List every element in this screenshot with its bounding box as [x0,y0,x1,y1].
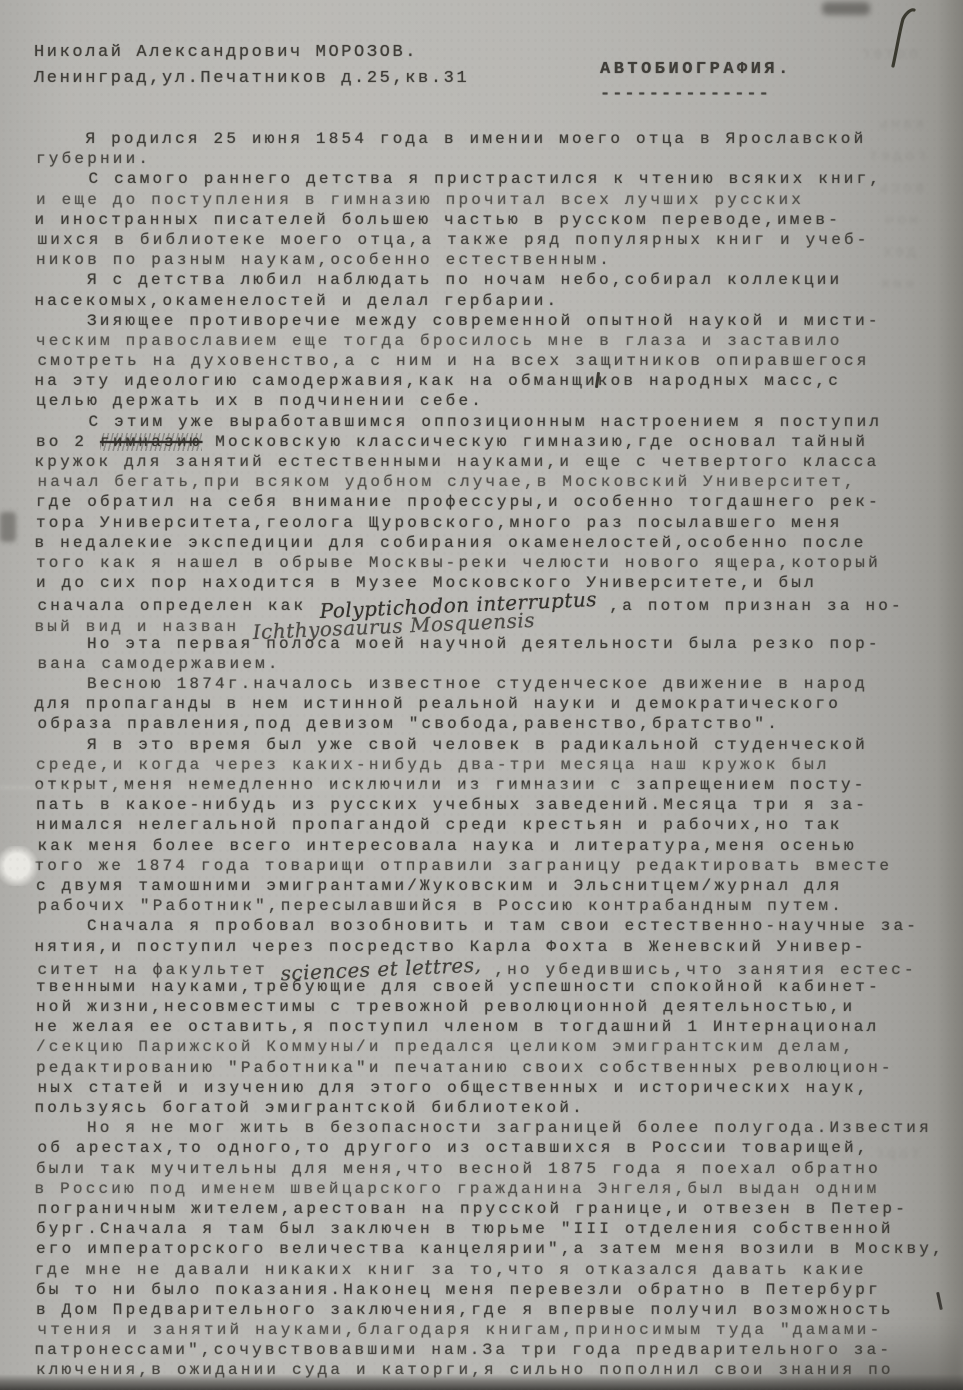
typed-text: в Россию под именем швейцарского граждан… [35,1180,880,1198]
typed-text: где мне не давали никаких книг за то,что… [35,1261,867,1279]
typed-text: того же 1874 года товарищи отправили заг… [35,857,893,875]
typed-text: были так мучительны для меня,что весной … [36,1160,881,1178]
ghost-text-fragment: дех [880,244,916,261]
author-address: Ленинград,ул.Печатников д.25,кв.31 [34,66,469,92]
body-line: вый вид и назван Ichthyosaurus Mosquensi… [35,614,955,634]
typed-text: в недалекие экспедиции для собирания ока… [35,534,867,552]
body-line: насекомых,окаменелостей и делал гербарии… [35,291,955,311]
typed-text: не желая ее оставить,я поступил членом в… [35,1018,880,1036]
body-line: пользуясь богатой эмигрантской библиотек… [35,1098,955,1118]
typed-text: где обратил на себя внимание профессуры,… [36,493,881,511]
typed-text: Я с детства любил наблюдать по ночам неб… [87,271,842,289]
typed-text: Я в это время был уже свой человек в рад… [87,736,868,754]
title-underline: -------------- [600,85,792,104]
body-line: как меня более всего интересовала наука … [38,836,958,856]
typed-text: ситет на факультет [38,961,281,979]
body-line: нимался нелегальной пропагандой среди кр… [36,815,956,835]
body-line: С этим уже выработавшимся оппозиционным … [38,412,958,432]
body-line: Я в это время был уже свой человек в рад… [36,735,956,755]
body-line: того как я нашел в обрыве Москвы-реки че… [36,553,956,573]
body-line: пограничным жителем,арестован на прусско… [38,1199,958,1219]
typed-text: шихся в библиотеке моего отца,а также ря… [38,231,870,249]
body-line: об арестах,то одного,то другого из остав… [38,1138,958,1158]
body-line: для пропаганды в нем истинной реальной н… [35,694,955,714]
typed-text: ,но убедившись,что занятия естес- [482,961,917,979]
body-line: и до сих пор находится в Музее Московско… [36,573,956,593]
typed-text: как меня более всего интересовала наука … [38,837,857,855]
body-line: рабочих "Работник",пересылавшийся в Росс… [38,896,958,916]
typed-text: ной жизни,несовместимы с тревожной револ… [36,998,855,1016]
typed-text: губернии. [36,150,151,168]
body-line: среде,и когда через каких-нибудь два-три… [36,755,956,775]
typed-text: и до сих пор находится в Музее Московско… [36,574,817,592]
body-line: ных статей и изучению для этого обществе… [38,1078,958,1098]
body-line: и еще до поступления в гимназию прочитал… [36,190,956,210]
typed-text: об арестах,то одного,то другого из остав… [38,1139,870,1157]
ink-smudge [0,512,16,542]
body-line: С самого раннего детства я пристрастился… [38,169,958,189]
body-line: во 2 гимназию Московскую классическую ги… [36,432,956,452]
document-header: Николай Александрович МОРОЗОВ. Ленинград… [34,40,469,92]
typed-text: бы то ни было показания.Наконец меня пер… [36,1281,881,1299]
body-line: /секцию Парижской Коммуны/и предался цел… [36,1037,956,1057]
paper-crease [0,786,640,789]
page-edge-shadow [937,0,963,1390]
body-line: в Россию под именем швейцарского граждан… [35,1179,955,1199]
typed-text: среде,и когда через каких-нибудь два-три… [36,756,830,774]
body-line: шихся в библиотеке моего отца,а также ря… [38,230,958,250]
typed-text: Сначала я пробовал возобновить и там сво… [87,917,919,935]
typed-text: начал бегать,при всяком удобном случае,в… [38,473,857,491]
body-line: где обратил на себя внимание профессуры,… [36,492,956,512]
body-line: ческим православием еще тогда бросилось … [36,331,956,351]
body-line: пать в какое-нибудь из русских учебных з… [36,795,956,815]
typed-text: ческим православием еще тогда бросилось … [36,332,843,350]
body-line: Но эта первая полоса моей научной деятел… [36,634,956,654]
body-line: на эту идеологию самодержавия,как на обм… [35,371,955,391]
typed-text: целью держать их в подчинении себе. [36,392,484,410]
body-line: кружок для занятий естественными науками… [35,452,955,472]
body-line: Весною 1874г.началось известное студенче… [36,674,956,694]
typed-text: Я родился 25 июня 1854 года в имении мое… [86,130,867,148]
body-line: Я родился 25 июня 1854 года в имении мое… [35,129,955,149]
body-line: были так мучительны для меня,что весной … [36,1159,956,1179]
typed-text: и иностранных писателей большею частью в… [35,211,842,229]
typed-text: С самого раннего детства я пристрастился… [89,170,883,188]
typed-text: пать в какое-нибудь из русских учебных з… [36,796,868,814]
typed-text: Весною 1874г.началось известное студенче… [87,675,868,693]
typed-text: вый вид и назван [35,618,253,636]
body-line: с двумя тамошними эмигрантами/Жуковским … [36,876,956,896]
typed-text: того как я нашел в обрыве Москвы-реки че… [36,554,881,572]
typed-text: /секцию Парижской Коммуны/и предался цел… [36,1038,855,1056]
typed-text: с двумя тамошними эмигрантами/Жуковским … [36,877,843,895]
typed-text: для пропаганды в нем истинной реальной н… [35,695,842,713]
body-line: где мне не давали никаких книг за то,что… [35,1260,955,1280]
body-line: начал бегать,при всяком удобном случае,в… [38,472,958,492]
ghost-text-fragment: кия [878,276,914,293]
typed-text: С этим уже выработавшимся оппозиционным … [89,413,883,431]
ghost-text-fragment: торг [872,1146,920,1163]
typed-text: и еще до поступления в гимназию прочитал… [36,191,804,209]
typed-text: вана самодержавием. [38,655,281,673]
document-title: АВТОБИОГРАФИЯ. [600,60,792,79]
ghost-text-fragment: потег [858,46,918,63]
typed-text: во 2 [36,433,100,451]
typed-text: насекомых,окаменелостей и делал гербарии… [35,292,560,310]
ghost-text-fragment: ноч [882,212,918,229]
body-line: того же 1874 года товарищи отправили заг… [35,856,955,876]
typed-text: нятия,и поступил через посредство Карла … [35,938,867,956]
typed-text: бург.Сначала я там был заключен в тюрьме… [36,1220,894,1238]
body-line: губернии. [36,149,956,169]
typed-text: образа правления,под девизом "свобода,ра… [38,715,781,733]
body-line: бы то ни было показания.Наконец меня пер… [36,1280,956,1300]
typed-text: нимался нелегальной пропагандой среди кр… [36,816,843,834]
body-line: редактированию "Работника"и печатанию св… [36,1058,956,1078]
typed-text: на эту идеологию самодержавия,как на обм… [35,372,842,390]
typed-text: рабочих "Работник",пересылавшийся в Росс… [38,897,845,915]
author-name: Николай Александрович МОРОЗОВ. [34,40,469,66]
typed-text: тора Университета,геолога Щуровского,мно… [36,514,843,532]
ghost-text-fragment: вось [876,180,924,197]
typed-text: в Дом Предварительного заключения,где я … [36,1301,894,1319]
typed-text: твенными науками,требующие для своей усп… [36,978,881,996]
typed-text: смотреть на духовенство,а с ним и на все… [38,352,870,370]
body-line: Я с детства любил наблюдать по ночам неб… [36,270,956,290]
body-line: ситет на факультет sciences et lettres, … [38,957,958,977]
typed-text: открыт,меня немедленно исключили из гимн… [35,776,867,794]
document-body: Я родился 25 июня 1854 года в имении мое… [36,129,956,1381]
body-line: ной жизни,несовместимы с тревожной револ… [36,997,956,1017]
typed-text: Московскую классическую гимназию,где осн… [202,433,868,451]
body-line: не желая ее оставить,я поступил членом в… [35,1017,955,1037]
typed-text: Но я не мог жить в безопасности заграниц… [87,1119,932,1137]
body-line: смотреть на духовенство,а с ним и на все… [38,351,958,371]
scanned-document-page: Николай Александрович МОРОЗОВ. Ленинград… [0,0,963,1390]
body-line: тора Университета,геолога Щуровского,мно… [36,513,956,533]
bottom-scan-band [0,1374,963,1390]
body-line: вана самодержавием. [38,654,958,674]
typed-text: его императорского величества канцелярии… [36,1240,945,1258]
ghost-text-fragment: кань [876,116,924,133]
body-line: образа правления,под девизом "свобода,ра… [38,714,958,734]
correction-patch [0,846,40,886]
ghost-text-fragment: годет [866,148,926,165]
typed-text: Зияющее противоречие между современной о… [87,312,881,330]
body-line: нятия,и поступил через посредство Карла … [35,937,955,957]
typed-text: пользуясь богатой эмигрантской библиотек… [35,1099,585,1117]
body-line: ников по разным наукам,особенно естестве… [36,250,956,270]
body-line: его императорского величества канцелярии… [36,1239,956,1259]
body-line: в недалекие экспедиции для собирания ока… [35,533,955,553]
typed-text: Но эта первая полоса моей научной деятел… [87,635,881,653]
typed-text: ников по разным наукам,особенно естестве… [36,251,612,269]
body-line: в Дом Предварительного заключения,где я … [36,1300,956,1320]
typed-text: пограничным жителем,арестован на прусско… [38,1200,909,1218]
body-line: Сначала я пробовал возобновить и там сво… [36,916,956,936]
typed-text: редактированию "Работника"и печатанию св… [36,1059,894,1077]
body-line: Но я не мог жить в безопасности заграниц… [36,1118,956,1138]
title-block: АВТОБИОГРАФИЯ. -------------- [600,60,792,104]
typed-text: кружок для занятий естественными науками… [35,453,880,471]
ink-smudge [822,2,870,15]
body-line: твенными науками,требующие для своей усп… [36,977,956,997]
body-line: бург.Сначала я там был заключен в тюрьме… [36,1219,956,1239]
typed-text: ных статей и изучению для этого обществе… [38,1079,870,1097]
body-line: целью держать их в подчинении себе. [36,391,956,411]
body-line: Зияющее противоречие между современной о… [36,311,956,331]
struck-word: гимназию [100,433,202,451]
body-line: и иностранных писателей большею частью в… [35,210,955,230]
